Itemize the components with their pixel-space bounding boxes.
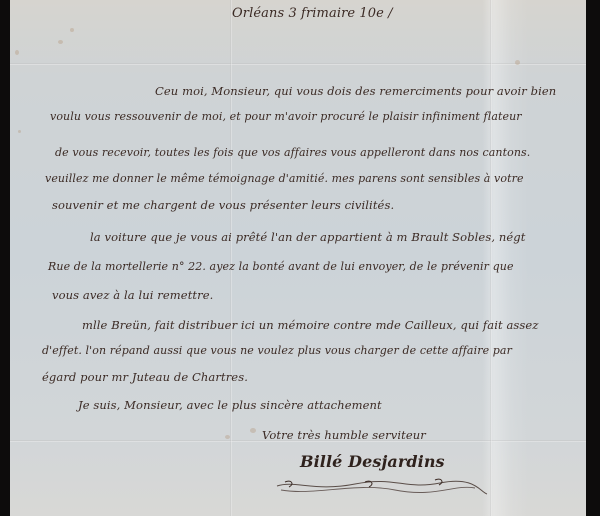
letter-line: égard pour mr Juteau de Chartres. bbox=[42, 370, 248, 384]
foxing-spot bbox=[515, 60, 520, 65]
foxing-spot bbox=[70, 28, 74, 32]
fold-line bbox=[10, 63, 586, 65]
letter-line: Je suis, Monsieur, avec le plus sincère … bbox=[78, 398, 382, 412]
signature-flourish bbox=[275, 478, 490, 498]
letter-dateline: Orléans 3 frimaire 10e / bbox=[232, 6, 393, 21]
letter-line: veuillez me donner le même témoignage d'… bbox=[45, 172, 524, 185]
letter-closing: Votre très humble serviteur bbox=[262, 428, 426, 442]
letter-line: voulu vous ressouvenir de moi, et pour m… bbox=[50, 110, 522, 123]
letter-line: vous avez à la lui remettre. bbox=[52, 288, 213, 302]
foxing-spot bbox=[15, 50, 19, 55]
foxing-spot bbox=[225, 435, 230, 439]
letter-line: de vous recevoir, toutes les fois que vo… bbox=[55, 146, 530, 159]
fold-line bbox=[230, 0, 232, 516]
letter-line: souvenir et me chargent de vous présente… bbox=[52, 198, 394, 212]
foxing-spot bbox=[250, 428, 256, 433]
letter-line: mlle Breün, fait distribuer ici un mémoi… bbox=[82, 318, 539, 332]
fold-line bbox=[490, 0, 492, 516]
letter-line: Ceu moi, Monsieur, qui vous dois des rem… bbox=[155, 84, 560, 98]
letter-line: la voiture que je vous ai prêté l'an der… bbox=[90, 230, 525, 244]
foxing-spot bbox=[18, 130, 21, 133]
foxing-spot bbox=[58, 40, 63, 44]
letter-line: d'effet. l'on répand aussi que vous ne v… bbox=[42, 344, 512, 357]
letter-line: Rue de la mortellerie n° 22. ayez la bon… bbox=[48, 260, 514, 273]
letter-signature: Billé Desjardins bbox=[300, 452, 445, 471]
